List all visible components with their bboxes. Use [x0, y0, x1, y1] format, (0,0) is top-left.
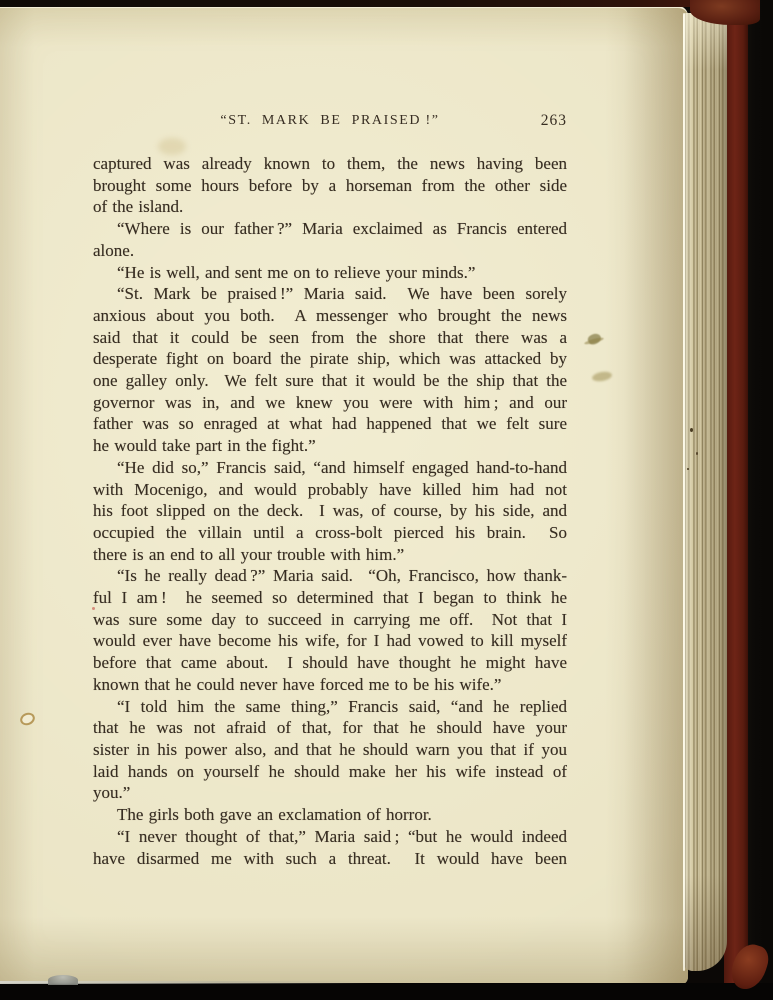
page-stack-edge — [683, 13, 727, 971]
text-line: you.” — [93, 782, 567, 804]
text-line: “He is well, and sent me on to relieve y… — [93, 262, 567, 284]
cover-bottom-edge — [0, 983, 773, 1000]
paper-stain — [584, 336, 604, 345]
text-line: that he was not afraid of that, for that… — [93, 717, 567, 739]
book-page: “ST. MARK BE PRAISED !” 263 captured was… — [0, 6, 688, 985]
text-line: alone. — [93, 240, 567, 262]
text-line: father was so enraged at what had happen… — [93, 413, 567, 435]
text-line: The girls both gave an exclamation of ho… — [93, 804, 567, 826]
text-line: laid hands on yourself he should make he… — [93, 761, 567, 783]
text-line: there is an end to all your trouble with… — [93, 544, 567, 566]
text-line: was sure some day to succeed in carrying… — [93, 609, 567, 631]
paper-stain — [591, 370, 612, 382]
text-line: “I told him the same thing,” Francis sai… — [93, 696, 567, 718]
text-line: anxious about you both. A messenger who … — [93, 305, 567, 327]
book-cover-edge — [724, 0, 748, 992]
text-line: “St. Mark be praised !” Maria said. We h… — [93, 283, 567, 305]
text-line: said that it could be seen from the shor… — [93, 327, 567, 349]
text-line: “He did so,” Francis said, “and himself … — [93, 457, 567, 479]
text-line: governor was in, and we knew you were wi… — [93, 392, 567, 414]
text-line: his foot slipped on the deck. I was, of … — [93, 500, 567, 522]
text-line: “Is he really dead ?” Maria said. “Oh, F… — [93, 565, 567, 587]
text-line: he would take part in the fight.” — [93, 435, 567, 457]
text-line: sister in his power also, and that he sh… — [93, 739, 567, 761]
bottom-edge-clip — [48, 975, 78, 985]
text-line: of the island. — [93, 196, 567, 218]
paper-flaw — [18, 711, 36, 728]
text-line: would ever have become his wife, for I h… — [93, 630, 567, 652]
text-line: ful I am ! he seemed so determined that … — [93, 587, 567, 609]
paper-stain — [586, 332, 602, 347]
running-title: “ST. MARK BE PRAISED !” — [93, 113, 567, 129]
cover-top-edge — [0, 0, 716, 7]
page-number: 263 — [541, 112, 567, 130]
text-line: brought some hours before by a horseman … — [93, 175, 567, 197]
text-line: before that came about. I should have th… — [93, 652, 567, 674]
page-header: “ST. MARK BE PRAISED !” 263 — [93, 113, 567, 131]
text-line: occupied the villain until a cross-bolt … — [93, 522, 567, 544]
text-line: one galley only. We felt sure that it wo… — [93, 370, 567, 392]
text-line: with Mocenigo, and would probably have k… — [93, 479, 567, 501]
book-scan: “ST. MARK BE PRAISED !” 263 captured was… — [0, 0, 773, 1000]
text-line: known that he could never have forced me… — [93, 674, 567, 696]
text-line: desperate fight on board the pirate ship… — [93, 348, 567, 370]
page-gutter-shadow — [624, 8, 688, 985]
page-text: captured was already known to them, the … — [93, 153, 567, 869]
text-line: captured was already known to them, the … — [93, 153, 567, 175]
text-line: “I never thought of that,” Maria said ; … — [93, 826, 567, 848]
text-line: have disarmed me with such a threat. It … — [93, 848, 567, 870]
text-line: “Where is our father ?” Maria exclaimed … — [93, 218, 567, 240]
